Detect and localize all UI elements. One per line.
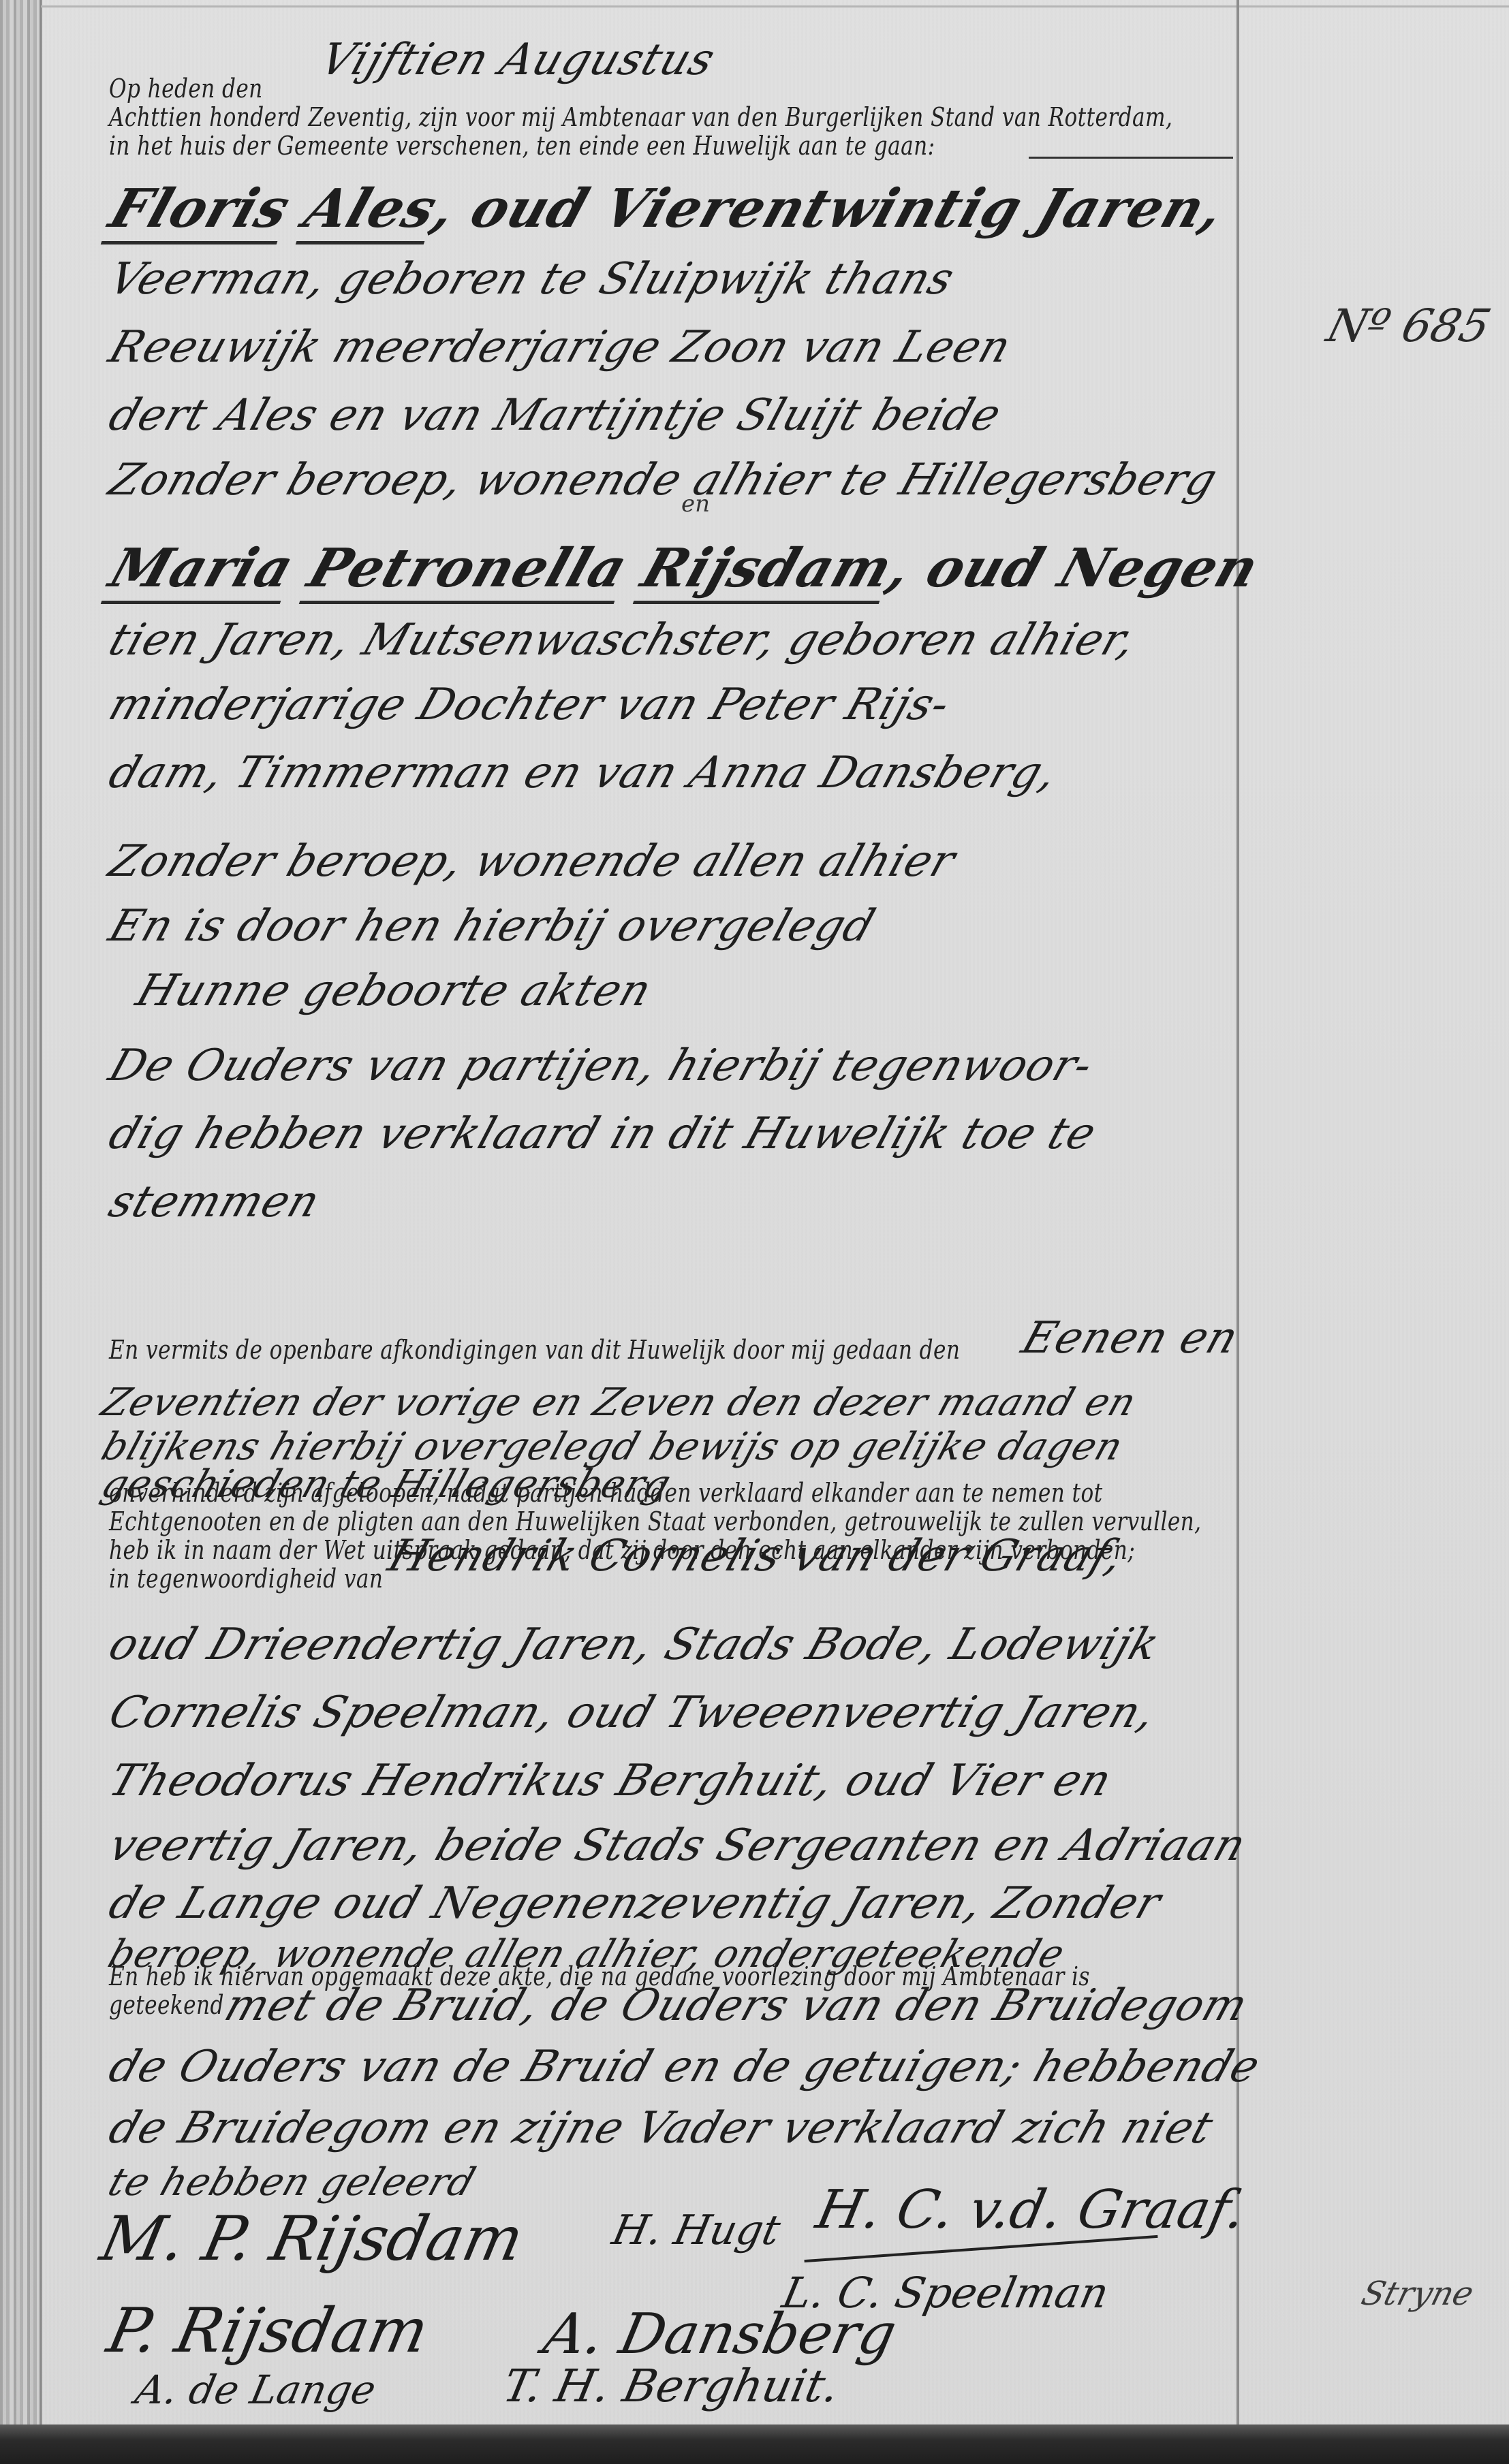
- bride-line-5: Zonder beroep, wonende allen alhier: [102, 834, 963, 889]
- witness-line-2: oud Drieendertig Jaren, Stads Bode, Lode…: [102, 1617, 1166, 1672]
- witness-line-1: Hendrik Cornelis van der Graaf,: [382, 1529, 1131, 1583]
- documents-line-4: dig hebben verklaard in dit Huwelijk toe…: [102, 1107, 1103, 1161]
- signature-witness-vdgraaf: H. C. v.d. Graaf.: [811, 2179, 1251, 2241]
- proclamation-printed-start: En vermits de openbare afkondigingen van…: [109, 1335, 960, 1365]
- intro-date-hand: Vijftien Augustus: [313, 33, 722, 87]
- groom-line-5: Zonder beroep, wonende alhier te Hillege…: [102, 453, 1224, 507]
- witness-line-5: veertig Jaren, beide Stads Sergeanten en…: [102, 1818, 1253, 1873]
- intro-printed-line2: Achttien honderd Zeventig, zijn voor mij…: [109, 102, 1172, 132]
- groom-age: , oud Vierentwintig Jaren,: [425, 178, 1232, 240]
- documents-line-1: En is door hen hierbij overgelegd: [102, 899, 882, 953]
- proclamation-hand-2: Zeventien der vorige en Zeven den dezer …: [95, 1379, 1142, 1427]
- scan-bottom-shadow: [0, 2424, 1509, 2464]
- bride-line-1: Maria Petronella Rijsdam, oud Negen: [102, 538, 1266, 599]
- groom-last-name: Ales: [296, 178, 446, 244]
- groom-line-2: Veerman, geboren te Sluipwijk thans: [102, 252, 961, 306]
- page-top-edge: [41, 5, 1509, 7]
- documents-line-3: De Ouders van partijen, hierbij tegenwoo…: [102, 1039, 1100, 1093]
- closing-hand-4: te hebben geleerd: [102, 2159, 482, 2207]
- bride-line-4: dam, Timmerman en van Anna Dansberg,: [102, 746, 1065, 800]
- closing-hand-1: met de Bruid, de Ouders van den Bruidego…: [218, 1978, 1255, 2033]
- binding-edge-line: [40, 0, 42, 2464]
- proclamation-hand-1: Eenen en: [1015, 1311, 1245, 1365]
- closing-printed-2: geteekend: [109, 1990, 224, 2020]
- intro-end-rule: [1029, 157, 1233, 159]
- signature-father-bride: P. Rijsdam: [102, 2295, 435, 2367]
- groom-line-4: dert Ales en van Martijntje Sluijt beide: [102, 388, 1008, 443]
- bride-line-3: minderjarige Dochter van Peter Rijs-: [102, 678, 957, 732]
- proclamation-printed-1: onverhinderd zijn afgeloopen, nadat part…: [109, 1478, 1103, 1508]
- closing-hand-2: de Ouders van de Bruid en de getuigen; h…: [102, 2040, 1267, 2094]
- book-binding: [0, 0, 42, 2464]
- proclamation-printed-4: in tegenwoordigheid van: [109, 1564, 383, 1594]
- witness-line-3: Cornelis Speelman, oud Tweeenveertig Jar…: [102, 1686, 1163, 1740]
- signature-mother-bride: A. Dansberg: [538, 2302, 902, 2367]
- margin-signature: Stryne: [1357, 2275, 1478, 2313]
- witness-line-6: de Lange oud Negenenzeventig Jaren, Zond…: [102, 1876, 1168, 1931]
- groom-first-name: Floris: [101, 178, 298, 244]
- documents-line-5: stemmen: [102, 1175, 327, 1229]
- record-number: Nº 685: [1322, 300, 1496, 352]
- signature-witness-berghuit: T. H. Berghuit.: [499, 2360, 844, 2412]
- closing-hand-3: de Bruidegom en zijne Vader verklaard zi…: [102, 2101, 1220, 2155]
- documents-line-2: Hunne geboorte akten: [129, 964, 659, 1018]
- signature-groom-mark: H. Hugt: [608, 2207, 785, 2254]
- groom-line-3: Reeuwijk meerderjarige Zoon van Leen: [102, 320, 1018, 375]
- intro-printed-line3: in het huis der Gemeente verschenen, ten…: [109, 131, 935, 161]
- bride-line-2: tien Jaren, Mutsenwaschster, geboren alh…: [102, 613, 1143, 667]
- signature-bride: M. P. Rijsdam: [95, 2203, 529, 2275]
- intro-printed-line1: Op heden den: [109, 74, 263, 104]
- bride-age: , oud Negen: [880, 537, 1266, 599]
- signature-witness-delange: A. de Lange: [131, 2367, 380, 2413]
- bride-first-name: Maria: [101, 537, 302, 604]
- witness-line-4: Theodorus Hendrikus Berghuit, oud Vier e…: [102, 1754, 1119, 1808]
- bride-middle-name: Petronella: [299, 537, 635, 604]
- bride-last-name: Rijsdam: [633, 537, 901, 604]
- groom-line-1: Floris Ales, oud Vierentwintig Jaren,: [102, 178, 1232, 240]
- connector-en: en: [681, 490, 710, 518]
